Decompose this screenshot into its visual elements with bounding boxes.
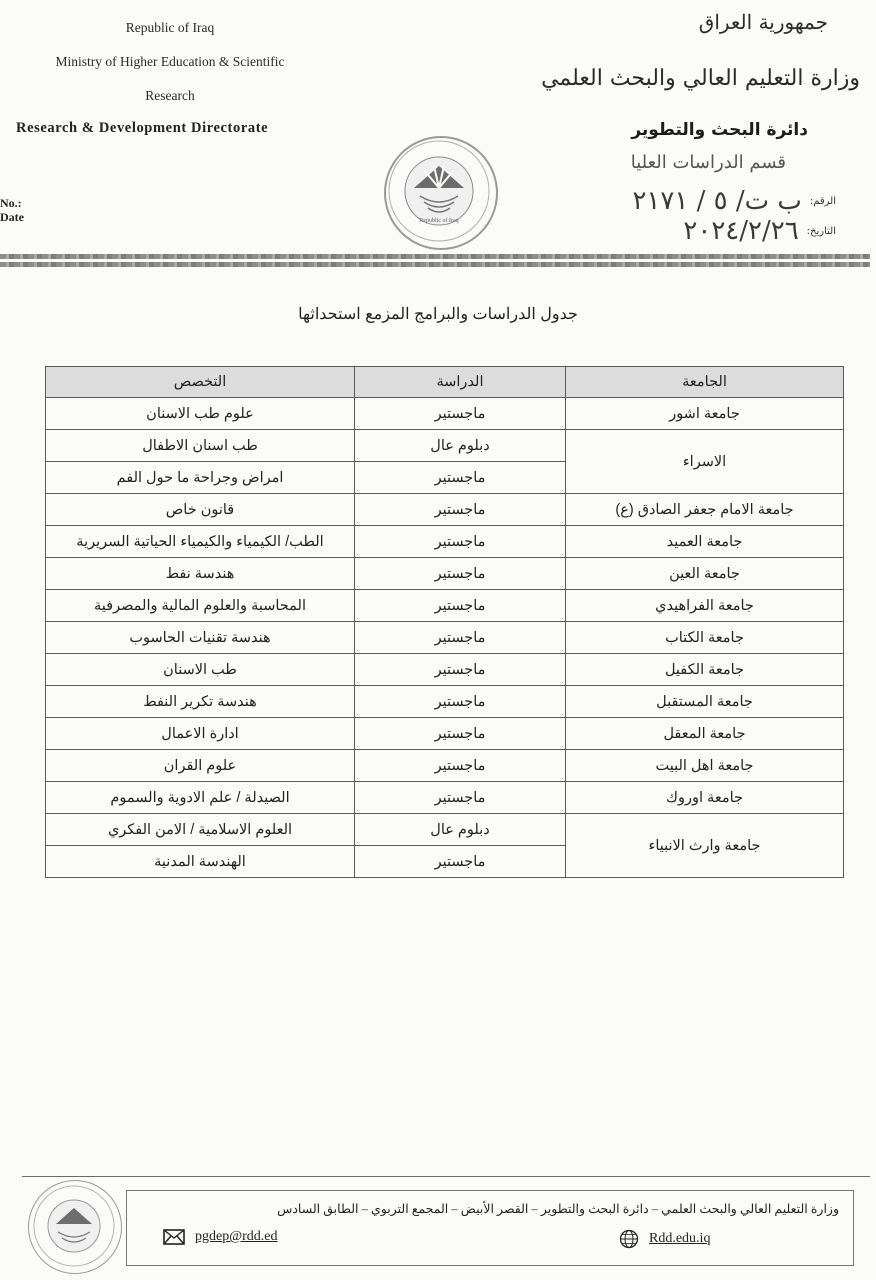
table-row: جامعة الكفيل ماجستير طب الاسنان xyxy=(46,654,844,686)
specialization-cell: الهندسة المدنية xyxy=(46,846,355,878)
specialization-cell: ادارة الاعمال xyxy=(46,718,355,750)
specialization-cell: قانون خاص xyxy=(46,494,355,526)
programs-table: الجامعة الدراسة التخصص جامعة اشور ماجستي… xyxy=(45,366,844,878)
specialization-cell: هندسة نفط xyxy=(46,558,355,590)
header-rule-top xyxy=(0,254,870,259)
column-header-degree: الدراسة xyxy=(355,367,566,398)
reference-value: ب ت/ ٥ / ٢١٧١ xyxy=(632,186,801,216)
specialization-cell: المحاسبة والعلوم المالية والمصرفية xyxy=(46,590,355,622)
degree-cell: ماجستير xyxy=(355,654,566,686)
university-cell: جامعة العين xyxy=(566,558,844,590)
envelope-icon xyxy=(163,1229,185,1245)
table-row: جامعة المعقل ماجستير ادارة الاعمال xyxy=(46,718,844,750)
seal-graphic-icon: Republic of Iraq xyxy=(384,136,494,246)
specialization-cell: العلوم الاسلامية / الامن الفكري xyxy=(46,814,355,846)
specialization-cell: هندسة تقنيات الحاسوب xyxy=(46,622,355,654)
degree-cell: ماجستير xyxy=(355,718,566,750)
table-row: جامعة العميد ماجستير الطب/ الكيمياء والك… xyxy=(46,526,844,558)
english-no-label: No.: xyxy=(0,196,22,211)
english-republic: Republic of Iraq xyxy=(0,20,340,36)
arabic-republic: جمهورية العراق xyxy=(699,10,828,34)
footer-rule xyxy=(22,1176,870,1177)
footer-address: وزارة التعليم العالي والبحث العلمي – دائ… xyxy=(277,1201,839,1217)
degree-cell: ماجستير xyxy=(355,462,566,494)
degree-cell: ماجستير xyxy=(355,750,566,782)
degree-cell: دبلوم عال xyxy=(355,430,566,462)
degree-cell: ماجستير xyxy=(355,398,566,430)
table-row: جامعة وارث الانبياء دبلوم عال العلوم الا… xyxy=(46,814,844,846)
footer-email: pgdep@rdd.ed xyxy=(163,1229,277,1245)
table-row: جامعة الفراهيدي ماجستير المحاسبة والعلوم… xyxy=(46,590,844,622)
degree-cell: ماجستير xyxy=(355,622,566,654)
table-row: جامعة اشور ماجستير علوم طب الاسنان xyxy=(46,398,844,430)
document-date: التاريخ: ٢٠٢٤/٢/٢٦ xyxy=(683,216,836,246)
english-date-label: Date xyxy=(0,210,24,225)
table-row: جامعة اوروك ماجستير الصيدلة / علم الادوي… xyxy=(46,782,844,814)
specialization-cell: علوم طب الاسنان xyxy=(46,398,355,430)
globe-icon xyxy=(619,1229,639,1249)
university-cell: جامعة الفراهيدي xyxy=(566,590,844,622)
degree-cell: ماجستير xyxy=(355,590,566,622)
specialization-cell: هندسة تكرير النفط xyxy=(46,686,355,718)
english-directorate: Research & Development Directorate xyxy=(16,120,268,137)
university-cell: جامعة اشور xyxy=(566,398,844,430)
university-cell: جامعة اوروك xyxy=(566,782,844,814)
arabic-directorate: دائرة البحث والتطوير xyxy=(631,120,808,140)
university-cell: جامعة وارث الانبياء xyxy=(566,814,844,878)
specialization-cell: الطب/ الكيمياء والكيمياء الحياتية السرير… xyxy=(46,526,355,558)
degree-cell: ماجستير xyxy=(355,494,566,526)
footer-contact-box: وزارة التعليم العالي والبحث العلمي – دائ… xyxy=(126,1190,854,1266)
degree-cell: ماجستير xyxy=(355,782,566,814)
header-rule-bottom xyxy=(0,262,870,267)
table-row: جامعة المستقبل ماجستير هندسة تكرير النفط xyxy=(46,686,844,718)
column-header-university: الجامعة xyxy=(566,367,844,398)
arabic-department: قسم الدراسات العليا xyxy=(631,152,786,173)
university-cell: جامعة العميد xyxy=(566,526,844,558)
degree-cell: دبلوم عال xyxy=(355,814,566,846)
english-ministry-cont: Research xyxy=(0,88,340,104)
reference-label: الرقم: xyxy=(810,196,836,207)
table-row: جامعة اهل البيت ماجستير علوم القران xyxy=(46,750,844,782)
specialization-cell: الصيدلة / علم الادوية والسموم xyxy=(46,782,355,814)
degree-cell: ماجستير xyxy=(355,686,566,718)
degree-cell: ماجستير xyxy=(355,526,566,558)
ministry-seal-icon: Republic of Iraq xyxy=(384,136,498,250)
specialization-cell: امراض وجراحة ما حول الفم xyxy=(46,462,355,494)
degree-cell: ماجستير xyxy=(355,846,566,878)
column-header-specialization: التخصص xyxy=(46,367,355,398)
table-header-row: الجامعة الدراسة التخصص xyxy=(46,367,844,398)
degree-cell: ماجستير xyxy=(355,558,566,590)
university-cell: جامعة المعقل xyxy=(566,718,844,750)
table-row: جامعة العين ماجستير هندسة نفط xyxy=(46,558,844,590)
university-cell: جامعة الامام جعفر الصادق (ع) xyxy=(566,494,844,526)
website-link[interactable]: Rdd.edu.iq xyxy=(649,1231,710,1247)
university-cell: جامعة المستقبل xyxy=(566,686,844,718)
university-cell: الاسراء xyxy=(566,430,844,494)
reference-number: الرقم: ب ت/ ٥ / ٢١٧١ xyxy=(632,186,836,216)
specialization-cell: علوم القران xyxy=(46,750,355,782)
document-title: جدول الدراسات والبرامج المزمع استحداثها xyxy=(0,304,876,324)
email-link[interactable]: pgdep@rdd.ed xyxy=(195,1229,277,1245)
english-ministry: Ministry of Higher Education & Scientifi… xyxy=(0,54,340,70)
footer-seal-icon xyxy=(28,1180,122,1274)
arabic-ministry: وزارة التعليم العالي والبحث العلمي xyxy=(541,66,860,91)
table-row: الاسراء دبلوم عال طب اسنان الاطفال xyxy=(46,430,844,462)
specialization-cell: طب اسنان الاطفال xyxy=(46,430,355,462)
specialization-cell: طب الاسنان xyxy=(46,654,355,686)
table-row: جامعة الامام جعفر الصادق (ع) ماجستير قان… xyxy=(46,494,844,526)
university-cell: جامعة الكتاب xyxy=(566,622,844,654)
footer-website: Rdd.edu.iq xyxy=(619,1229,710,1249)
university-cell: جامعة اهل البيت xyxy=(566,750,844,782)
date-value: ٢٠٢٤/٢/٢٦ xyxy=(683,216,798,246)
footer-seal-graphic-icon xyxy=(28,1180,120,1272)
table-row: جامعة الكتاب ماجستير هندسة تقنيات الحاسو… xyxy=(46,622,844,654)
date-label: التاريخ: xyxy=(807,226,836,237)
svg-text:Republic of Iraq: Republic of Iraq xyxy=(419,217,458,224)
university-cell: جامعة الكفيل xyxy=(566,654,844,686)
